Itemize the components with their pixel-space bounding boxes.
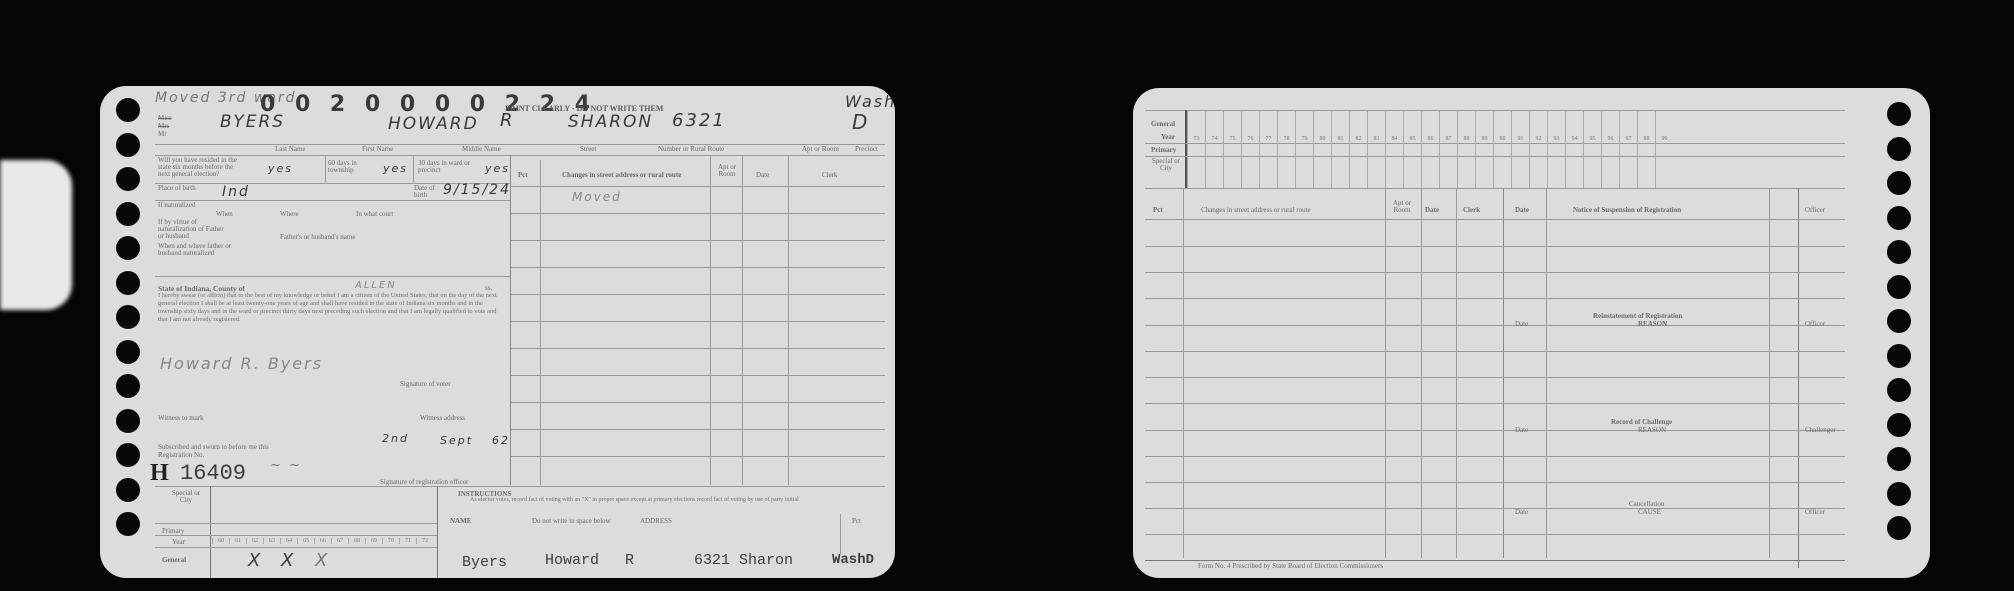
- subscribed-day: 2nd: [382, 432, 409, 445]
- typed-last-name: Byers: [462, 554, 507, 571]
- punch-hole: [1887, 206, 1911, 230]
- punch-hole: [1887, 275, 1911, 299]
- label-first-name: First Name: [362, 145, 393, 153]
- house-number: 6321: [672, 110, 726, 131]
- divider: [510, 186, 885, 187]
- divider: [1145, 508, 1845, 509]
- divider: [1145, 403, 1845, 404]
- title-miss: Miss: [158, 114, 172, 122]
- grid-label-special: Special or City: [1151, 158, 1181, 172]
- th-pct: Pct: [1153, 206, 1163, 214]
- year-cell: 61: [229, 538, 246, 544]
- punch-hole: [116, 443, 140, 467]
- grid-year-cell: 73: [1187, 110, 1205, 188]
- q-state-residence: Will you have resided in the state six m…: [158, 157, 238, 178]
- typed-first-name: Howard: [545, 552, 599, 569]
- label-signature-voter: Signature of voter: [400, 380, 451, 388]
- grid-year-cell: 81: [1331, 110, 1349, 188]
- grid-label-general: General: [1151, 120, 1175, 128]
- punch-hole: [1887, 171, 1911, 195]
- cancellation-cause-label: CAUSE: [1638, 508, 1661, 516]
- grid-year-cell: 78: [1277, 110, 1295, 188]
- divider: [210, 486, 211, 578]
- punch-hole: [1887, 413, 1911, 437]
- q-ward: 30 days in ward or precinct: [418, 160, 488, 174]
- year-cell: 71: [399, 538, 416, 544]
- grid-label-primary: Primary: [1151, 146, 1176, 154]
- divider: [1145, 351, 1845, 352]
- th-date: Date: [756, 171, 769, 179]
- divider: [1145, 298, 1845, 299]
- grid-year-cell: 84: [1385, 110, 1403, 188]
- th-date: Date: [1425, 206, 1439, 214]
- divider: [1456, 188, 1457, 558]
- divider: [1769, 188, 1770, 558]
- a-state-residence: yes: [268, 162, 293, 175]
- divider: [1145, 272, 1845, 273]
- registrar-signature: ~ ~: [270, 458, 302, 473]
- typed-address: 6321 Sharon: [694, 552, 793, 569]
- year-cell: 62: [246, 538, 263, 544]
- divider: [510, 294, 885, 295]
- punch-hole: [1887, 240, 1911, 264]
- grid-year-cell: 86: [1421, 110, 1439, 188]
- reinstatement-date-label: Date: [1515, 320, 1528, 328]
- divider: [155, 523, 437, 524]
- divider: [510, 267, 885, 268]
- challenge-challenger-label: Challenger: [1805, 426, 1836, 434]
- label-do-not-write: Do not write in space below: [532, 517, 611, 525]
- row-label-special: Special or City: [168, 490, 204, 504]
- divider: [510, 213, 885, 214]
- label-middle-name: Middle Name: [462, 145, 501, 153]
- divider: [510, 155, 511, 485]
- punch-hole: [116, 271, 140, 295]
- punch-hole: [1887, 378, 1911, 402]
- punch-hole: [116, 305, 140, 329]
- year-cell: 72: [416, 538, 433, 544]
- punch-hole: [1887, 309, 1911, 333]
- year-cell: 68: [348, 538, 365, 544]
- label-number: Number or Rural Route: [658, 145, 724, 153]
- challenge-reason-label: REASON: [1638, 426, 1666, 434]
- divider: [155, 486, 885, 487]
- divider: [437, 486, 438, 578]
- year-cell: 60: [212, 538, 229, 544]
- challenge-title: Record of Challenge: [1611, 418, 1672, 426]
- divider: [1145, 456, 1845, 457]
- grid-year-cell: 95: [1583, 110, 1601, 188]
- punch-hole: [116, 98, 140, 122]
- suspension-date-label: Date: [1515, 206, 1529, 214]
- punch-hole: [1887, 447, 1911, 471]
- label-court: In what court: [356, 210, 393, 218]
- grid-year-cell: 85: [1403, 110, 1421, 188]
- th-clerk: Clerk: [1463, 206, 1480, 214]
- label-place-of-birth: Place of birth: [158, 185, 198, 192]
- punch-hole: [116, 512, 140, 536]
- grid-year-cell: 74: [1205, 110, 1223, 188]
- punch-hole: [116, 133, 140, 157]
- grid-year-cell: 77: [1259, 110, 1277, 188]
- divider: [510, 348, 885, 349]
- divider: [1546, 188, 1547, 558]
- divider: [1145, 188, 1845, 189]
- punch-hole: [1887, 482, 1911, 506]
- grid-year-cell: 92: [1529, 110, 1547, 188]
- punch-hole: [1887, 137, 1911, 161]
- first-name: HOWARD: [388, 114, 479, 134]
- grid-year-cell: 91: [1511, 110, 1529, 188]
- punch-holes-left: [116, 98, 140, 536]
- grid-label-year: Year: [1161, 133, 1175, 141]
- divider: [1145, 482, 1845, 483]
- registration-prefix: H: [150, 460, 169, 487]
- grid-year-cell: 93: [1547, 110, 1565, 188]
- punch-hole: [116, 202, 140, 226]
- year-cell: 63: [263, 538, 280, 544]
- title-mr: Mr: [158, 130, 167, 138]
- th-clerk: Clerk: [822, 171, 838, 179]
- a-ward: yes: [485, 162, 510, 175]
- divider: [742, 155, 743, 485]
- year-cell: 70: [382, 538, 399, 544]
- divider: [840, 514, 841, 554]
- label-witness-address: Witness address: [420, 414, 465, 422]
- divider: [155, 200, 510, 201]
- form-footer: Form No. 4 Prescribed by State Board of …: [1198, 562, 1383, 570]
- label-father-naturalization: If by virtue of naturalization of Father…: [158, 219, 230, 240]
- th-changes: Changes in street address or rural route: [562, 171, 681, 179]
- grid-year-cell: 87: [1439, 110, 1457, 188]
- year-cell: 69: [365, 538, 382, 544]
- divider: [1145, 534, 1845, 535]
- th-apt: Apt or Room: [712, 164, 742, 178]
- label-name: NAME: [450, 517, 471, 525]
- middle-name: R: [500, 110, 515, 131]
- voter-registration-card-back: General Year Primary Special or City 737…: [1133, 88, 1930, 578]
- label-precinct: Precinct: [855, 145, 878, 153]
- grid-year-cell: 90: [1493, 110, 1511, 188]
- divider: [1385, 188, 1386, 558]
- punch-hole: [1887, 344, 1911, 368]
- reinstatement-officer-label: Officer: [1805, 320, 1825, 328]
- divider: [1145, 325, 1845, 326]
- q-township: 60 days in township: [328, 160, 378, 174]
- label-father-name: Father's or husband's name: [280, 233, 355, 241]
- divider: [1145, 219, 1845, 220]
- cancellation-date-label: Date: [1515, 508, 1528, 516]
- year-cell: 66: [314, 538, 331, 544]
- label-when-where-father: When and where father or husband natural…: [158, 243, 248, 257]
- general-vote-mark: X: [315, 550, 329, 571]
- precinct-value: D: [852, 110, 869, 134]
- divider: [155, 547, 437, 548]
- grid-year-cell: 89: [1475, 110, 1493, 188]
- divider: [1798, 188, 1799, 568]
- voter-signature: Howard R. Byers: [160, 354, 323, 373]
- blurred-adjacent-card: [0, 160, 72, 310]
- punch-holes-right: [1887, 102, 1911, 540]
- divider: [1421, 188, 1422, 558]
- oath-ss: ss.: [485, 284, 492, 292]
- label-address: ADDRESS: [640, 517, 672, 525]
- grid-year-cell: 96: [1601, 110, 1619, 188]
- year-cells: 60616263646566676869707172: [212, 538, 433, 544]
- punch-hole: [116, 409, 140, 433]
- label-witness-mark: Witness to mark: [158, 414, 204, 422]
- divider: [510, 240, 885, 241]
- grid-year-cell: 75: [1223, 110, 1241, 188]
- oath-county: ALLEN: [355, 280, 397, 291]
- typed-middle: R: [625, 552, 634, 569]
- grid-year-cell: 83: [1367, 110, 1385, 188]
- divider: [1145, 430, 1845, 431]
- divider: [155, 155, 885, 156]
- oath-text: I hereby swear (or affirm) that to the b…: [158, 292, 506, 324]
- divider: [155, 276, 510, 277]
- divider: [1183, 188, 1184, 558]
- punch-hole: [116, 478, 140, 502]
- label-subscribed: Subscribed and sworn to before me this: [158, 443, 269, 451]
- label-registration-no: Registration No.: [158, 451, 204, 459]
- th-pct: Pct: [518, 171, 528, 179]
- a-township: yes: [383, 162, 408, 175]
- divider: [510, 375, 885, 376]
- label-date-of-birth: Date of birth: [414, 185, 444, 199]
- row-label-primary: Primary: [162, 527, 185, 535]
- grid-year-cell: 88: [1457, 110, 1475, 188]
- label-pct: Pct: [852, 517, 861, 525]
- divider: [540, 160, 541, 485]
- general-vote-mark: X: [248, 550, 262, 571]
- punch-hole: [1887, 516, 1911, 540]
- divider: [325, 155, 326, 183]
- suspension-officer-label: Officer: [1805, 206, 1825, 214]
- divider: [510, 429, 885, 430]
- th-apt: Apt or Room: [1388, 200, 1416, 214]
- change-entry: Moved: [572, 190, 622, 204]
- date-of-birth: 9/15/24: [443, 182, 511, 198]
- instructions-text: As elector votes, record fact of voting …: [470, 497, 860, 504]
- typed-precinct: WashD: [832, 552, 874, 568]
- last-name: BYERS: [220, 112, 285, 132]
- label-apt: Apt or Room: [802, 145, 839, 153]
- cancellation-officer-label: Officer: [1805, 508, 1825, 516]
- divider: [1145, 246, 1845, 247]
- grid-year-cells: 7374757677787980818283848586878889909192…: [1187, 110, 1673, 188]
- year-cell: 64: [280, 538, 297, 544]
- divider: [1145, 377, 1845, 378]
- label-street: Street: [580, 145, 596, 153]
- label-registrar-signature: Signature of registration officer: [380, 478, 468, 486]
- punch-hole: [116, 374, 140, 398]
- title-mrs: Mrs: [158, 122, 169, 130]
- grid-year-cell: 98: [1637, 110, 1655, 188]
- reinstatement-title: Reinstatement of Registration: [1593, 312, 1682, 320]
- subscribed-year: 62: [492, 434, 510, 447]
- divider: [510, 321, 885, 322]
- grid-year-cell: 94: [1565, 110, 1583, 188]
- grid-year-cell: 79: [1295, 110, 1313, 188]
- punch-hole: [1887, 102, 1911, 126]
- corner-note: Wash: [845, 92, 895, 111]
- divider: [510, 402, 885, 403]
- label-where: Where: [280, 210, 299, 218]
- grid-year-cell: 76: [1241, 110, 1259, 188]
- divider: [788, 155, 789, 485]
- row-label-general: General: [162, 556, 186, 564]
- reinstatement-reason-label: REASON: [1638, 320, 1667, 328]
- divider: [413, 155, 414, 183]
- label-last-name: Last Name: [275, 145, 306, 153]
- label-naturalized: If naturalized: [158, 202, 198, 209]
- grid-year-cell: 80: [1313, 110, 1331, 188]
- voter-registration-card-front: Moved 3rd ward 0 0 2 0 0 0 0 2 2 4 PRINT…: [100, 86, 895, 578]
- cancellation-title: Cancellation: [1629, 500, 1664, 508]
- divider: [510, 456, 885, 457]
- punch-hole: [116, 340, 140, 364]
- general-vote-mark: X: [281, 550, 295, 571]
- divider: [155, 144, 885, 145]
- divider: [710, 155, 711, 485]
- th-changes: Changes in street address or rural route: [1201, 206, 1311, 214]
- suspension-title: Notice of Suspension of Registration: [1573, 206, 1681, 214]
- grid-year-cell: 97: [1619, 110, 1637, 188]
- divider: [1503, 188, 1504, 558]
- street-name: SHARON: [568, 112, 653, 132]
- subscribed-month: Sept: [440, 434, 473, 447]
- row-label-year: Year: [172, 538, 185, 546]
- place-of-birth: Ind: [222, 184, 250, 200]
- registration-number: 16409: [180, 461, 246, 486]
- challenge-date-label: Date: [1515, 426, 1528, 434]
- year-cell: 65: [297, 538, 314, 544]
- label-when: When: [216, 210, 233, 218]
- divider: [1145, 560, 1845, 561]
- divider: [155, 535, 437, 536]
- grid-year-cell: 99: [1655, 110, 1673, 188]
- year-cell: 67: [331, 538, 348, 544]
- punch-hole: [116, 167, 140, 191]
- grid-year-cell: 82: [1349, 110, 1367, 188]
- punch-hole: [116, 236, 140, 260]
